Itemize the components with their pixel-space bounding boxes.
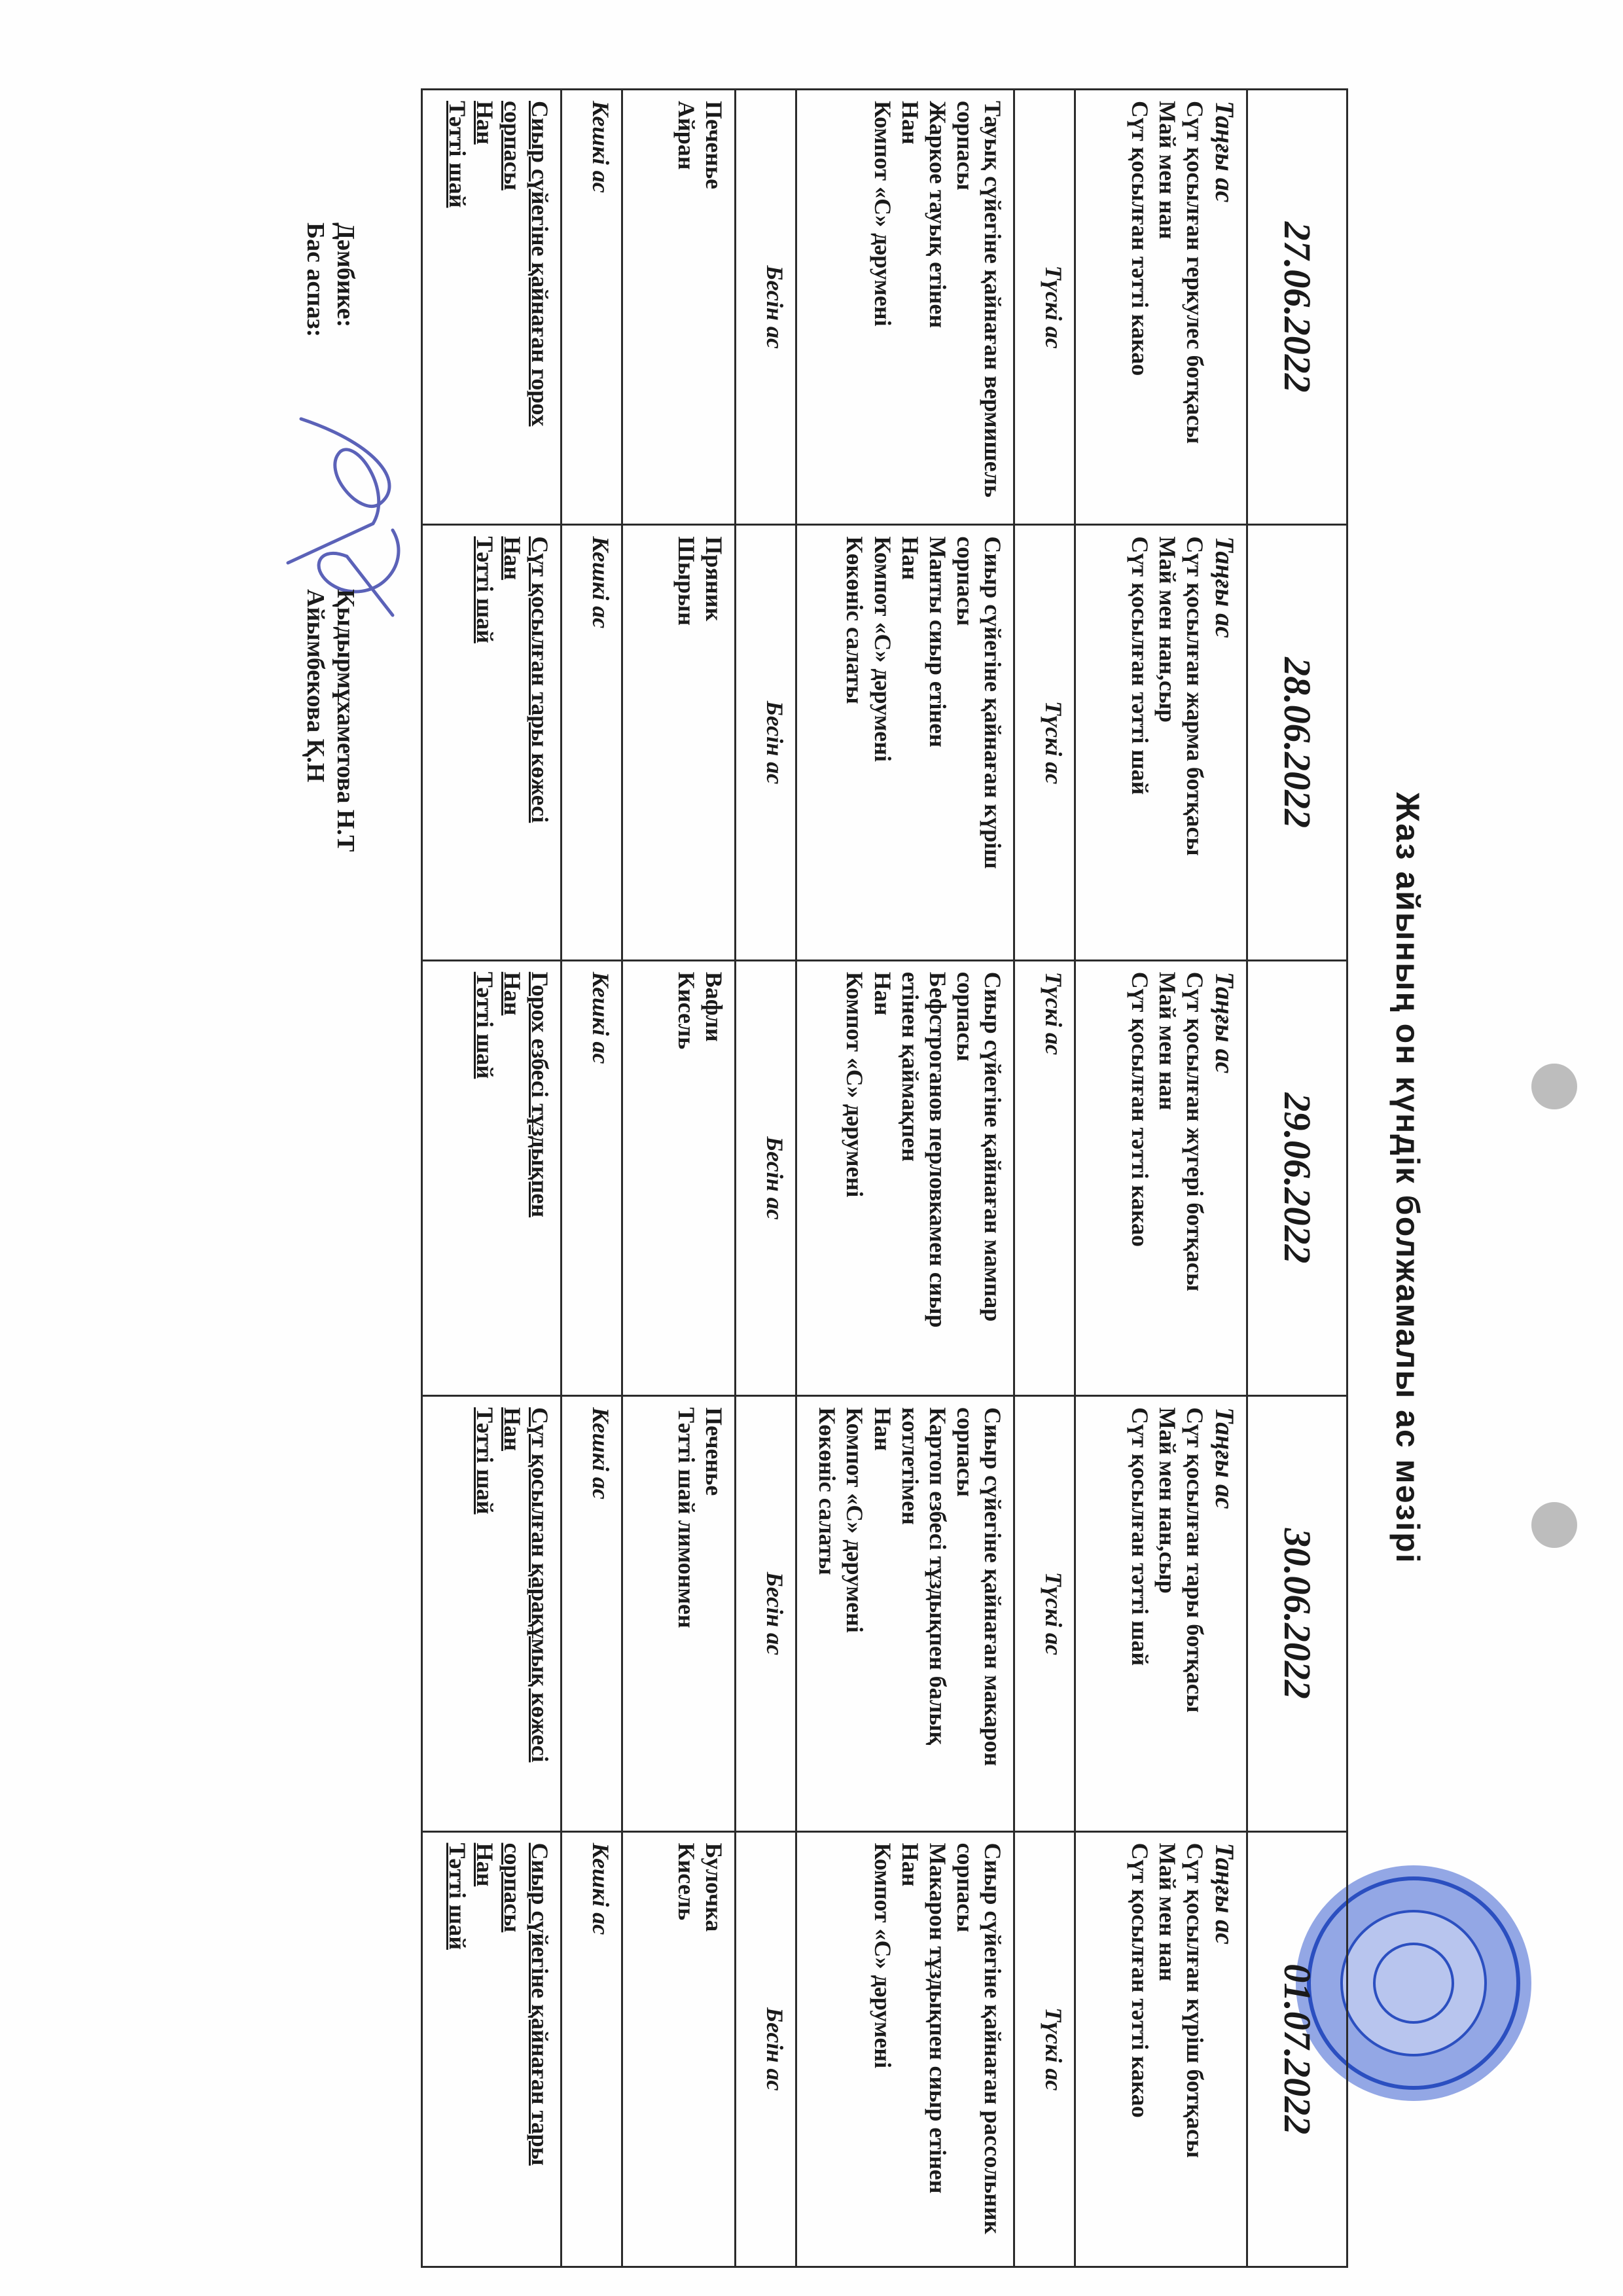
dish-item: Компот «С» дәрумені (868, 536, 896, 948)
breakfast-row: Таңғы асСүт қосылған геркулес ботқасыМай… (1075, 90, 1247, 2267)
lunch-label: Түскі ас (1014, 1396, 1075, 1831)
signature-role: Дәмбике: (330, 223, 360, 589)
dish-item: Манты сиыр етінен (924, 536, 952, 948)
dish-item: Көкөніс салаты (841, 536, 868, 948)
punch-hole (1531, 1064, 1577, 1109)
dish-item: Нан (471, 1843, 499, 2255)
date-header: 30.06.2022 (1247, 1396, 1347, 1831)
dish-item: Сүт қосылған тары көжесі (526, 536, 554, 948)
dish-item: Бефстроганов перловкамен сиыр етінен қай… (897, 972, 952, 1384)
lunch-label-row: Түскі ас Түскі ас Түскі ас Түскі ас Түск… (1014, 90, 1075, 2267)
breakfast-cell: Таңғы асСүт қосылған геркулес ботқасыМай… (1075, 90, 1247, 525)
snack-label-row: Бесін ас Бесін ас Бесін ас Бесін ас Бесі… (736, 90, 796, 2267)
dish-item: Сүт қосылған тәтті шай (1126, 536, 1154, 948)
snack-label: Бесін ас (736, 1396, 796, 1831)
snack-cell: БулочкаКисель (622, 1831, 736, 2267)
dish-item: Сүт қосылған жүгері ботқасы (1181, 972, 1209, 1384)
date-header-row: 27.06.2022 28.06.2022 29.06.2022 30.06.2… (1247, 90, 1347, 2267)
dish-item: Макарон тұздықпен сиыр етінен (924, 1843, 952, 2255)
dish-item: Компот «С» дәрумені (868, 1843, 896, 2255)
dish-item: Сиыр сүйегіне қайнаған горох сорпасы (499, 101, 554, 513)
dish-item: Нан (499, 1407, 526, 1820)
dish-item: Компот «С» дәрумені (841, 1407, 868, 1820)
snack-cell: ПеченьеТәтті шай лимонмен (622, 1396, 736, 1831)
dish-item: Сүт қосылған геркулес ботқасы (1181, 101, 1209, 513)
document-title: Жаз айының он күндік болжамалы ас мәзірі (1389, 687, 1427, 1669)
dish-item: Тәтті шай (444, 1843, 471, 2255)
breakfast-label: Таңғы ас (1209, 101, 1240, 513)
snack-label: Бесін ас (736, 90, 796, 525)
dish-item: Май мен нан (1154, 972, 1181, 1384)
dish-item: Нан (897, 101, 924, 513)
dish-item: Сиыр сүйегіне қайнаған мампар сорпасы (952, 972, 1007, 1384)
dish-item: Нан (868, 972, 896, 1384)
menu-table: 27.06.2022 28.06.2022 29.06.2022 30.06.2… (421, 88, 1348, 2268)
signature-name: Айымбекова Қ.Н (300, 589, 330, 782)
signature-role: Бас аспаз: (300, 223, 330, 589)
dinner-cell: Горох езбесі тұздықпенНанТәтті шай (422, 960, 562, 1395)
dinner-label: Кешкі ас (562, 1831, 622, 2267)
dinner-cell: Сиыр сүйегіне қайнаған тары сорпасыНанТә… (422, 1831, 562, 2267)
breakfast-cell: Таңғы асСүт қосылған күріш ботқасыМай ме… (1075, 1831, 1247, 2267)
dish-item: Нан (499, 536, 526, 948)
dinner-row: Сиыр сүйегіне қайнаған горох сорпасыНанТ… (422, 90, 562, 2267)
dish-item: Жаркое тауық етінен (924, 101, 952, 513)
lunch-cell: Сиыр сүйегіне қайнаған күріш сорпасыМант… (796, 525, 1014, 960)
dish-item: Нан (471, 101, 499, 513)
snack-label: Бесін ас (736, 525, 796, 960)
lunch-label: Түскі ас (1014, 90, 1075, 525)
lunch-cell: Тауық сүйегіне қайнаған вермишель сорпас… (796, 90, 1014, 525)
dish-item: Сүт қосылған күріш ботқасы (1181, 1843, 1209, 2255)
dish-item: Сиыр сүйегіне қайнаған тары сорпасы (499, 1843, 554, 2255)
breakfast-label: Таңғы ас (1209, 972, 1240, 1384)
dish-item: Тәтті шай (471, 536, 499, 948)
date-header: 27.06.2022 (1247, 90, 1347, 525)
lunch-row: Тауық сүйегіне қайнаған вермишель сорпас… (796, 90, 1014, 2267)
dish-item: Тәтті шай (471, 972, 499, 1384)
dish-item: Кисель (673, 1843, 700, 2255)
dish-item: Сиыр сүйегіне қайнаған макарон сорпасы (952, 1407, 1007, 1820)
dish-item: Сүт қосылған тары ботқасы (1181, 1407, 1209, 1820)
dish-item: Тәтті шай (471, 1407, 499, 1820)
signature-row: Бас аспаз: Айымбекова Қ.Н (300, 223, 330, 1270)
dinner-label-row: Кешкі ас Кешкі ас Кешкі ас Кешкі ас Кешк… (562, 90, 622, 2267)
breakfast-cell: Таңғы асСүт қосылған тары ботқасыМай мен… (1075, 1396, 1247, 1831)
date-header: 01.07.2022 (1247, 1831, 1347, 2267)
dish-item: Май мен нан,сыр (1154, 536, 1181, 948)
dish-item: Май мен нан,сыр (1154, 1407, 1181, 1820)
snack-row: ПеченьеАйран ПряникШырын ВафлиКисель Печ… (622, 90, 736, 2267)
signature-name: Қыдырмұхаметова Н.Т (330, 589, 360, 852)
dish-item: Сүт қосылған жарма ботқасы (1181, 536, 1209, 948)
dish-item: Пряник (700, 536, 728, 948)
breakfast-label: Таңғы ас (1209, 1843, 1240, 2255)
lunch-cell: Сиыр сүйегіне қайнаған рассольник сорпас… (796, 1831, 1014, 2267)
dinner-cell: Сиыр сүйегіне қайнаған горох сорпасыНанТ… (422, 90, 562, 525)
snack-cell: ВафлиКисель (622, 960, 736, 1395)
date-header: 29.06.2022 (1247, 960, 1347, 1395)
dish-item: Май мен нан (1154, 101, 1181, 513)
dish-item: Нан (868, 1407, 896, 1820)
dish-item: Май мен нан (1154, 1843, 1181, 2255)
dish-item: Нан (897, 1843, 924, 2255)
dish-item: Сүт қосылған тәтті какао (1126, 972, 1154, 1384)
breakfast-cell: Таңғы асСүт қосылған жарма ботқасыМай ме… (1075, 525, 1247, 960)
lunch-cell: Сиыр сүйегіне қайнаған мампар сорпасыБеф… (796, 960, 1014, 1395)
punch-hole (1531, 1502, 1577, 1548)
dish-item: Сүт қосылған қарақұмық көжесі (526, 1407, 554, 1820)
dish-item: Горох езбесі тұздықпен (526, 972, 554, 1384)
dish-item: Картоп езбесі тұздықпен балық котлетімен (897, 1407, 952, 1820)
lunch-cell: Сиыр сүйегіне қайнаған макарон сорпасыКа… (796, 1396, 1014, 1831)
dish-item: Тәтті шай лимонмен (673, 1407, 700, 1820)
dish-item: Сүт қосылған тәтті какао (1126, 101, 1154, 513)
dish-item: Компот «С» дәрумені (841, 972, 868, 1384)
breakfast-label: Таңғы ас (1209, 1407, 1240, 1820)
dinner-cell: Сүт қосылған қарақұмық көжесіНанТәтті ша… (422, 1396, 562, 1831)
lunch-label: Түскі ас (1014, 525, 1075, 960)
dinner-label: Кешкі ас (562, 525, 622, 960)
dinner-cell: Сүт қосылған тары көжесіНанТәтті шай (422, 525, 562, 960)
dish-item: Компот «С» дәрумені (868, 101, 896, 513)
dish-item: Нан (499, 972, 526, 1384)
signature-row: Дәмбике: Қыдырмұхаметова Н.Т (330, 223, 360, 1270)
dish-item: Сиыр сүйегіне қайнаған рассольник сорпас… (952, 1843, 1007, 2255)
dish-item: Булочка (700, 1843, 728, 2255)
dish-item: Тауық сүйегіне қайнаған вермишель сорпас… (952, 101, 1007, 513)
dish-item: Печенье (700, 1407, 728, 1820)
dish-item: Шырын (673, 536, 700, 948)
dish-item: Тәтті шай (444, 101, 471, 513)
snack-label: Бесін ас (736, 960, 796, 1395)
breakfast-cell: Таңғы асСүт қосылған жүгері ботқасыМай м… (1075, 960, 1247, 1395)
breakfast-label: Таңғы ас (1209, 536, 1240, 948)
dish-item: Айран (673, 101, 700, 513)
snack-cell: ПеченьеАйран (622, 90, 736, 525)
dish-item: Көкөніс салаты (813, 1407, 841, 1820)
snack-cell: ПряникШырын (622, 525, 736, 960)
dinner-label: Кешкі ас (562, 90, 622, 525)
snack-label: Бесін ас (736, 1831, 796, 2267)
dish-item: Вафли (700, 972, 728, 1384)
dinner-label: Кешкі ас (562, 960, 622, 1395)
lunch-label: Түскі ас (1014, 1831, 1075, 2267)
dish-item: Печенье (700, 101, 728, 513)
date-header: 28.06.2022 (1247, 525, 1347, 960)
dish-item: Нан (897, 536, 924, 948)
menu-document-page: Жаз айының он күндік болжамалы ас мәзірі… (0, 0, 1623, 2296)
lunch-label: Түскі ас (1014, 960, 1075, 1395)
dish-item: Сүт қосылған тәтті какао (1126, 1843, 1154, 2255)
dish-item: Сүт қосылған тәтті шай (1126, 1407, 1154, 1820)
dish-item: Кисель (673, 972, 700, 1384)
signature-block: Дәмбике: Қыдырмұхаметова Н.Т Бас аспаз: … (300, 223, 360, 1270)
dish-item: Сиыр сүйегіне қайнаған күріш сорпасы (952, 536, 1007, 948)
dinner-label: Кешкі ас (562, 1396, 622, 1831)
